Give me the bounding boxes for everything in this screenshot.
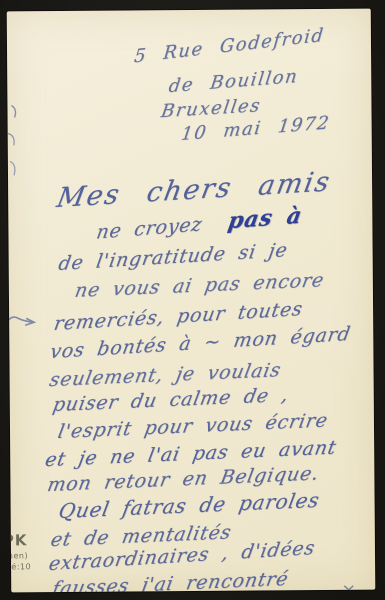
body-line: de l'ingratitude si je [57, 239, 290, 275]
letter-photo-scan: 5 Rue Godefroid de Bouillon Bruxelles 10… [0, 0, 385, 600]
stamp-note-2: mé:10 [7, 562, 31, 571]
body-line: ne vous ai pas encore [73, 269, 326, 302]
ink-bleed-marks-icon [7, 99, 32, 189]
stamp-note-1: chen) [7, 551, 31, 560]
overwritten-word: pas à [226, 202, 304, 234]
letter-paper: 5 Rue Godefroid de Bouillon Bruxelles 10… [7, 9, 376, 593]
ink-curl-mark-icon [7, 307, 40, 335]
stray-mark-icon [341, 583, 357, 593]
body-line-text: ne croyez [95, 213, 204, 244]
address-line-1: 5 Rue Godefroid [133, 25, 325, 68]
address-line-2: de Bouillon [167, 66, 299, 97]
collection-stamp: PK chen) mé:10 [7, 531, 31, 571]
stamp-code: PK [7, 531, 31, 549]
